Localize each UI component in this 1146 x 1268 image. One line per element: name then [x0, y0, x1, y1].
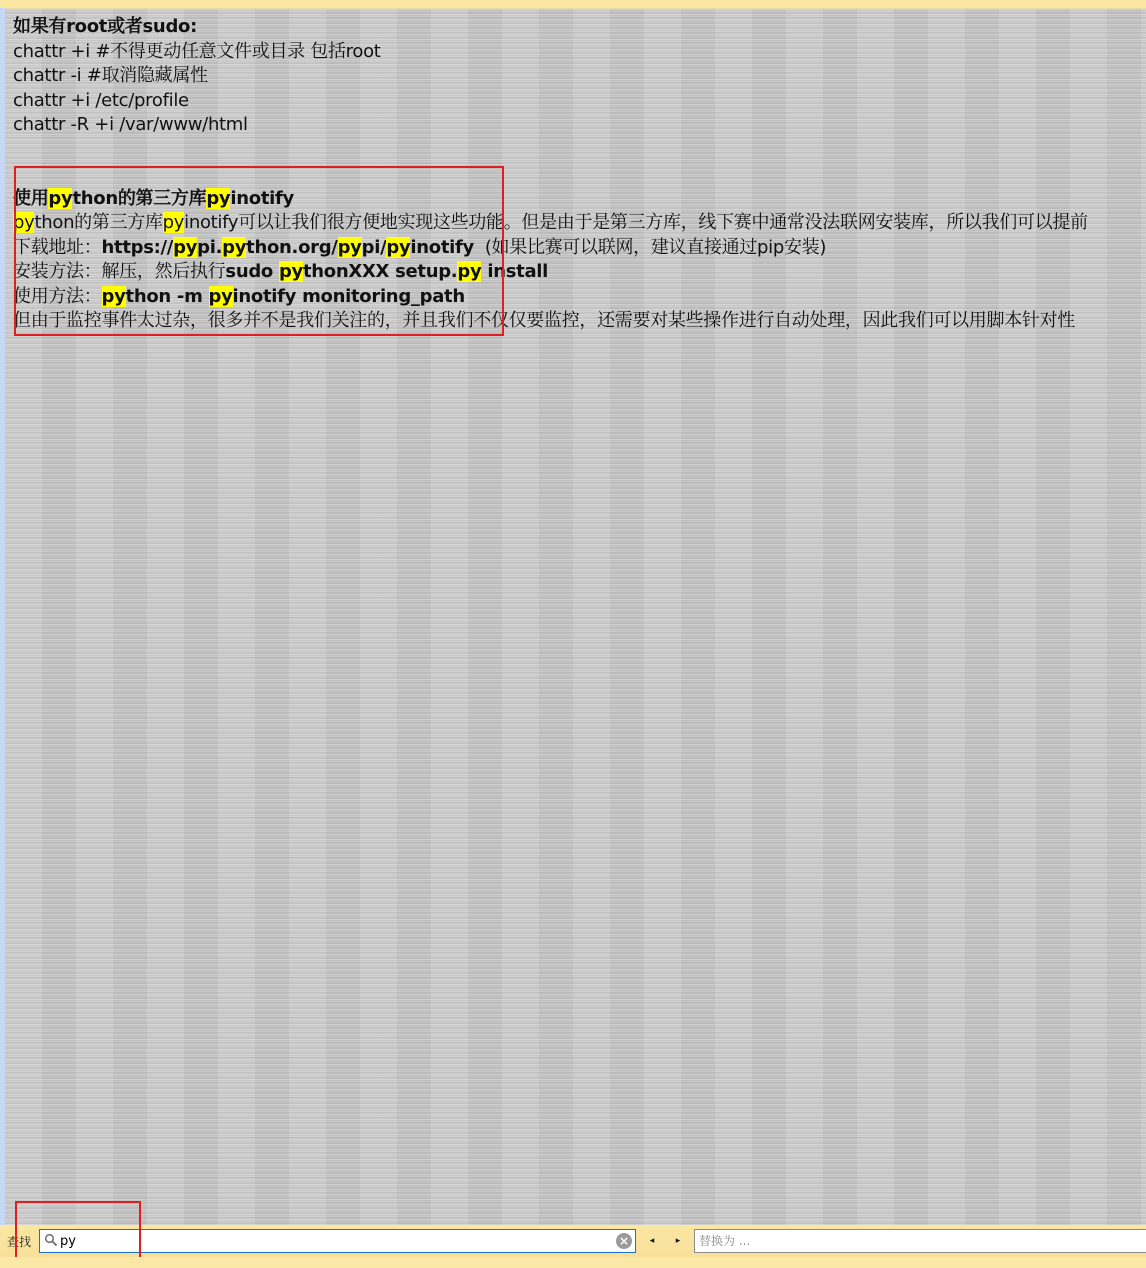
find-input[interactable] — [60, 1232, 610, 1250]
replace-field[interactable] — [694, 1229, 1146, 1253]
text-line: chattr -i #取消隐藏属性 — [13, 64, 1088, 89]
document-content: 如果有root或者sudo: chattr +i #不得更动任意文件或目录 包括… — [13, 15, 1088, 334]
section-heading: 使用python的第三方库pyinotify — [13, 187, 1088, 212]
clear-icon[interactable]: × — [616, 1233, 632, 1249]
text-line: chattr +i #不得更动任意文件或目录 包括root — [13, 40, 1088, 65]
search-match: py — [457, 261, 481, 282]
download-url[interactable]: https://pypi.python.org/pypi/pyinotify — [102, 237, 474, 258]
intro-line: python的第三方库pyinotify可以让我们很方便地实现这些功能。但是由于… — [13, 211, 1088, 236]
blank-line — [13, 162, 1088, 187]
document-editor[interactable]: 如果有root或者sudo: chattr +i #不得更动任意文件或目录 包括… — [5, 9, 1146, 1225]
search-match: py — [173, 237, 197, 258]
text-line: chattr -R +i /var/www/html — [13, 113, 1088, 138]
text-line: chattr +i /etc/profile — [13, 89, 1088, 114]
find-bar: 查找 × ◂ ▸ — [0, 1225, 1146, 1257]
search-match: py — [13, 212, 34, 233]
previous-arrow-icon: ◂ — [650, 1236, 655, 1246]
note-line: 但由于监控事件太过杂，很多并不是我们关注的，并且我们不仅仅要监控，还需要对某些操… — [13, 309, 1088, 334]
find-label: 查找 — [7, 1233, 31, 1250]
download-line: 下载地址：https://pypi.python.org/pypi/pyinot… — [13, 236, 1088, 261]
usage-line: 使用方法：python -m pyinotify monitoring_path — [13, 285, 1088, 310]
search-match: py — [163, 212, 184, 233]
find-previous-button[interactable]: ◂ — [644, 1232, 660, 1250]
install-line: 安装方法：解压，然后执行sudo pythonXXX setup.py inst… — [13, 260, 1088, 285]
search-match: py — [102, 286, 126, 307]
find-field[interactable]: × — [39, 1229, 636, 1253]
find-next-button[interactable]: ▸ — [670, 1232, 686, 1250]
search-match: py — [338, 237, 362, 258]
search-match: py — [209, 286, 233, 307]
search-match: py — [48, 188, 72, 209]
blank-line — [13, 138, 1088, 163]
search-match: py — [279, 261, 303, 282]
top-strip — [0, 0, 1146, 9]
replace-input[interactable] — [699, 1233, 1139, 1249]
search-match: py — [386, 237, 410, 258]
search-match: py — [206, 188, 230, 209]
next-arrow-icon: ▸ — [676, 1236, 681, 1246]
section-heading: 如果有root或者sudo: — [13, 15, 1088, 40]
bottom-strip — [0, 1257, 1146, 1268]
search-icon — [44, 1233, 58, 1247]
search-match: py — [222, 237, 246, 258]
